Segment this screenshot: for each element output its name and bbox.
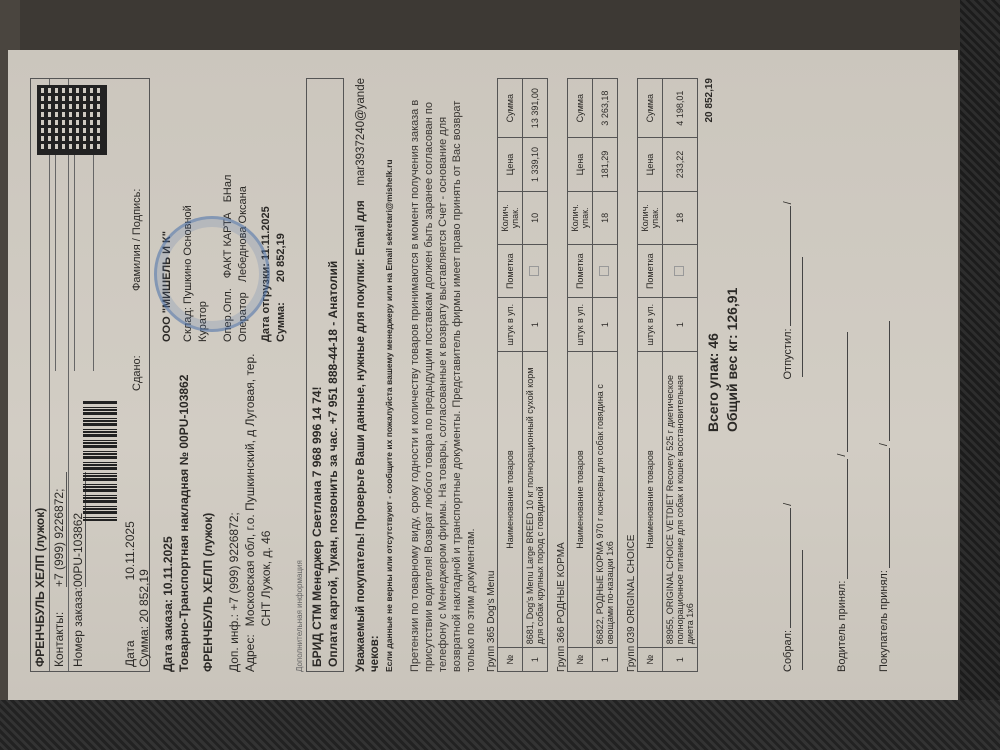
date-sum-block: Дата10.11.2025 Сумма: 20 852,19 [123,391,151,671]
column-header: Наименование товаров [638,351,663,648]
column-header: Пометка [638,245,663,298]
column-header: Наименование товаров [568,351,593,648]
claims-text: Претензии по товарному виду, сроку годно… [408,78,478,672]
group-title: Групп 366 РОДНЫЕ КОРМА [556,78,567,672]
column-header: № [568,648,593,672]
qr-code-icon [37,85,107,155]
items-table: №Наименование товаровштук в уп.ПометкаКо… [567,78,618,672]
contacts-value: +7 (999) 9226872; [52,472,67,587]
mark-checkbox [593,245,618,298]
quantity: 18 [663,191,698,244]
company-stamp [154,216,270,332]
row-sum: 3 263,18 [593,79,618,138]
product-name: 86822, РОДНЫЕ КОРМА 970 г консервы для с… [593,351,618,648]
signature-lines [37,121,94,371]
product-name: 88955, ORIGINAL CHOICE VETDIET Recovery … [663,351,698,648]
checkbox-icon[interactable] [529,266,539,276]
notice-email: mar3937240@yande [354,78,382,186]
date-label: Дата [123,640,137,667]
column-header: штук в уп. [498,298,523,351]
info-sum-value: 20 852,19 [274,233,289,282]
grand-total: 20 852,19 [704,78,742,123]
product-name: 8681, Dog's Menu Large BREED 10 кг полно… [523,351,548,648]
total-weight-label: Общий вес кг: [724,334,740,432]
total-packs-label: Всего упак: [705,353,721,432]
total-weight-value: 126,91 [724,288,740,331]
column-header: Цена [638,138,663,191]
notice-line-1: Уважаемый покупатель! Проверьте Ваши дан… [354,186,382,672]
additional-info-box: БРИД СТМ Менеджер Светлана 7 968 996 14 … [306,78,344,672]
checkbox-icon[interactable] [599,266,609,276]
order-date: Дата заказа: 10.11.2025 [160,342,176,672]
sum-label: Сумма: 20 852,19 [137,569,151,667]
mark-checkbox [663,245,698,298]
header-box: ФРЕНЧБУЛЬ ХЕЛП (лужок) Контакты:+7 (999)… [30,78,150,672]
handed-label: Сдано: [131,355,143,391]
notice-line-2: Если данные не верны или отсутствуют - с… [382,78,396,672]
address-value: Московская обл, г.о. Пушкинский, д Лугов… [242,342,274,626]
waybill-title: Товарно-Транспортная накладная № 00PU-10… [176,342,192,672]
signature-label: Фамилия / Подпись: [131,189,143,291]
column-header: Цена [498,138,523,191]
released-label: Отпустил: [782,328,794,379]
payment-type: БНал [221,175,236,203]
mark-checkbox [523,245,548,298]
table-row: 186822, РОДНЫЕ КОРМА 970 г консервы для … [593,79,618,672]
item-groups: Групп 365 Dog's Menu№Наименование товаро… [486,78,698,672]
group-title: Групп 039 ORIGINAL CHOICE [626,78,637,672]
per-pack: 1 [593,298,618,351]
column-header: Колич. упак. [498,191,523,244]
row-number: 1 [593,648,618,672]
column-header: Сумма [498,79,523,138]
row-number: 1 [523,648,548,672]
row-sum: 4 198,01 [663,79,698,138]
column-header: Пометка [498,245,523,298]
additional-line-1: БРИД СТМ Менеджер Светлана 7 968 996 14 … [309,83,325,667]
column-header: Колич. упак. [638,191,663,244]
address-label: Адрес: [242,634,274,672]
column-header: № [638,648,663,672]
background-fabric [960,0,1000,750]
column-header: Наименование товаров [498,351,523,648]
column-header: Сумма [568,79,593,138]
total-packs-value: 46 [705,333,721,349]
contacts-label: Контакты: [52,587,66,667]
column-header: Колич. упак. [568,191,593,244]
table-row: 18681, Dog's Menu Large BREED 10 кг полн… [523,79,548,672]
background-fabric-bottom [0,700,1000,750]
per-pack: 1 [523,298,548,351]
additional-info-caption: Дополнительная информация [295,78,304,672]
signature-section: Собрал:/ Отпустил:/ Водитель принял:/ По… [782,78,890,672]
customer-title: ФРЕНЧБУЛЬ ХЕЛП (лужок) [33,457,47,667]
barcode [83,401,117,521]
items-table: №Наименование товаровштук в уп.ПометкаКо… [637,78,698,672]
waybill-document: ФРЕНЧБУЛЬ ХЕЛП (лужок) Контакты:+7 (999)… [8,50,958,700]
customer-name: ФРЕНЧБУЛЬ ХЕЛП (лужок) [200,342,216,672]
info-sum-label: Сумма: [274,302,289,342]
row-number: 1 [663,648,698,672]
phone-info: Доп. инф.: +7 (999) 9226872; [226,342,242,672]
date-value: 10.11.2025 [123,521,137,580]
per-pack: 1 [663,298,698,351]
buyer-label: Покупатель принял: [878,570,890,672]
driver-label: Водитель принял: [836,581,848,672]
column-header: Цена [568,138,593,191]
column-header: штук в уп. [568,298,593,351]
customer-notice: Уважаемый покупатель! Проверьте Ваши дан… [354,78,396,672]
items-table: №Наименование товаровштук в уп.ПометкаКо… [497,78,548,672]
checkbox-icon[interactable] [674,266,684,276]
table-row: 188955, ORIGINAL CHOICE VETDIET Recovery… [663,79,698,672]
price: 181,29 [593,138,618,191]
column-header: № [498,648,523,672]
column-header: Сумма [638,79,663,138]
price: 1 339,10 [523,138,548,191]
quantity: 18 [593,191,618,244]
column-header: Пометка [568,245,593,298]
totals: Всего упак: 46 Общий вес кг: 126,91 20 8… [704,78,742,672]
additional-line-2: Оплата картой, Тукан, позвонить за час. … [325,83,341,667]
quantity: 10 [523,191,548,244]
order-number-label: Номер заказа: [71,587,85,667]
price: 233,22 [663,138,698,191]
order-info: Дата заказа: 10.11.2025 Товарно-Транспор… [160,78,289,672]
column-header: штук в уп. [638,298,663,351]
row-sum: 13 391,00 [523,79,548,138]
collected-label: Собрал: [782,630,794,672]
group-title: Групп 365 Dog's Menu [486,78,497,672]
